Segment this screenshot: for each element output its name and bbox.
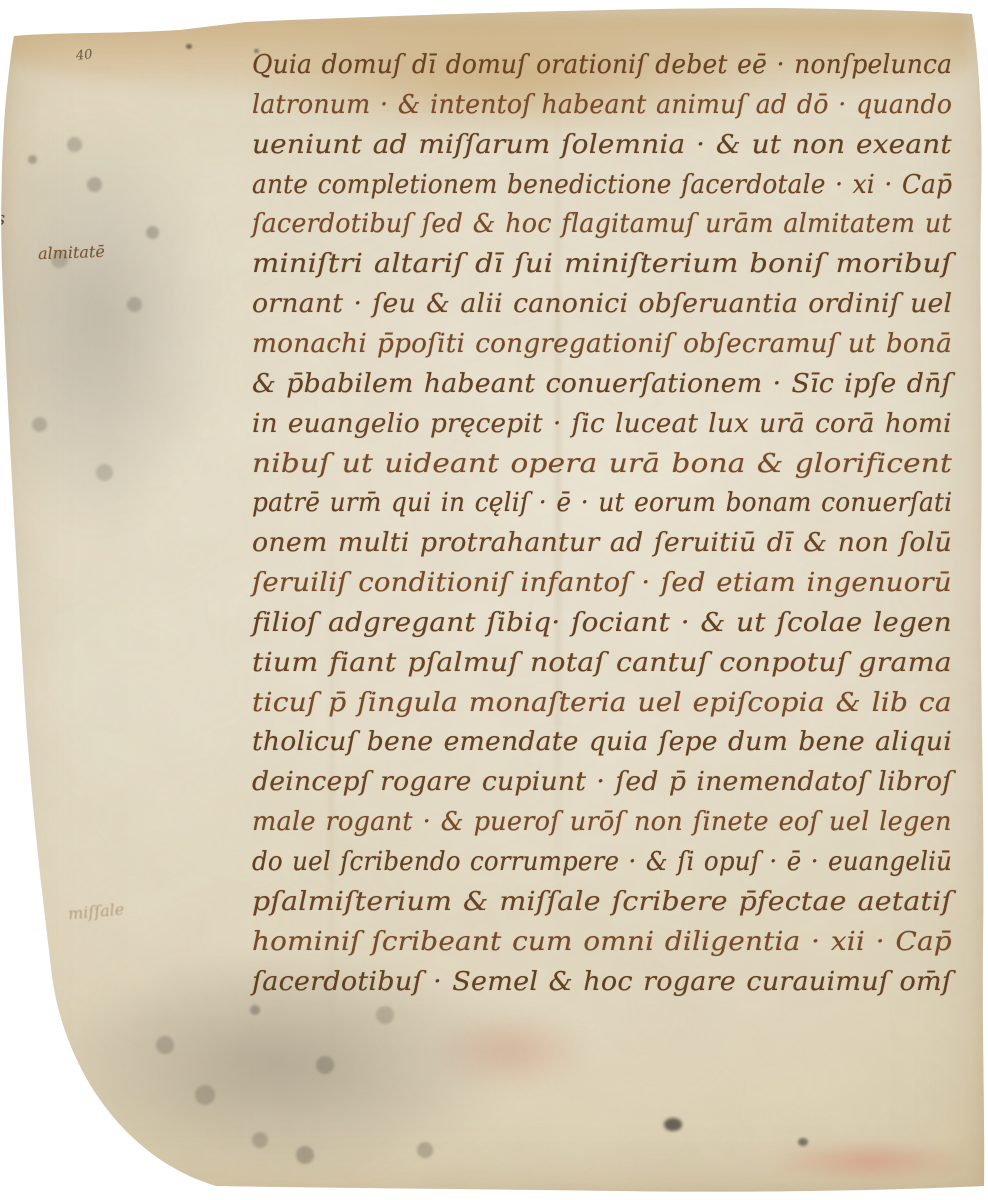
parchment-page: 40 s almitatē miſſale Quia domuſ dī domu…: [0, 0, 988, 1200]
parchment-edge-shading: [0, 0, 988, 1200]
page-background: 40 s almitatē miſſale Quia domuſ dī domu…: [0, 0, 988, 1200]
